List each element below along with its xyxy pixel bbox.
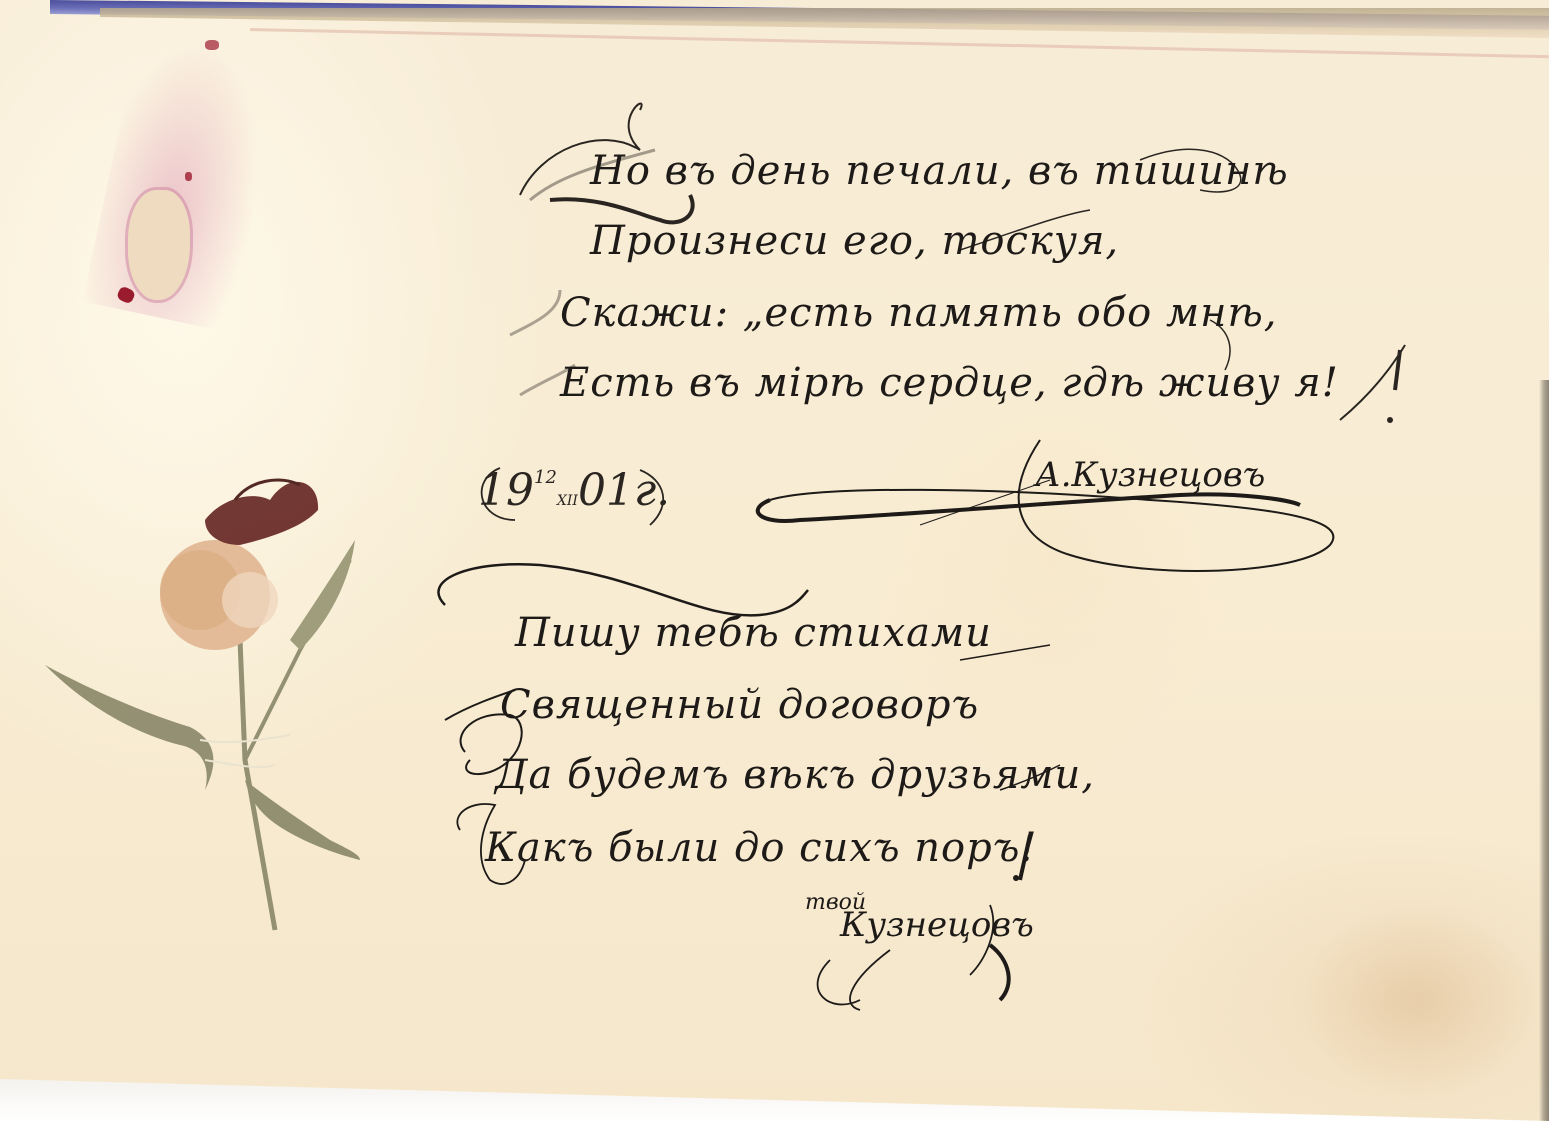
poem2-line-1: Пишу тебѣ стихами — [515, 610, 992, 656]
paper-abrasion — [128, 190, 190, 300]
signature-1: А.Кузнецовъ — [1035, 455, 1265, 495]
date-month-roman: XII — [557, 493, 578, 509]
page-block-edge — [100, 8, 1549, 38]
flourish-swash-2 — [438, 564, 808, 615]
date-suffix: г. — [634, 465, 670, 516]
exclamation-stroke — [1395, 350, 1400, 390]
age-stain — [1300, 900, 1540, 1100]
poem1-line-2: Произнеси его, тоскуя, — [590, 218, 1119, 264]
red-ink-spot — [205, 40, 219, 50]
entry-date: 1912XII01г. — [478, 465, 670, 516]
poem2-line-3: Да будемъ вѣкъ друзьями, — [495, 752, 1095, 798]
date-day: 19 — [478, 465, 534, 516]
signature-2: Кузнецовъ — [840, 905, 1034, 945]
poem2-line-2: Священный договоръ — [500, 682, 979, 728]
pressed-flower — [45, 480, 360, 930]
poem1-line-3: Скажи: „есть память обо мнѣ, — [560, 290, 1277, 336]
poem1-line-4: Есть въ мірѣ сердце, гдѣ живу я! — [560, 360, 1339, 406]
red-ink-spot — [185, 172, 192, 181]
date-month: 12 — [534, 467, 557, 488]
poem1-line-1: Но въ день печали, въ тишинѣ — [590, 148, 1289, 194]
poem2-line-4: Какъ были до сихъ поръ! — [485, 825, 1037, 871]
page-right-edge — [1539, 380, 1549, 1121]
date-year: 01 — [578, 465, 634, 516]
album-page: Но въ день печали, въ тишинѣ Произнеси е… — [0, 0, 1549, 1121]
